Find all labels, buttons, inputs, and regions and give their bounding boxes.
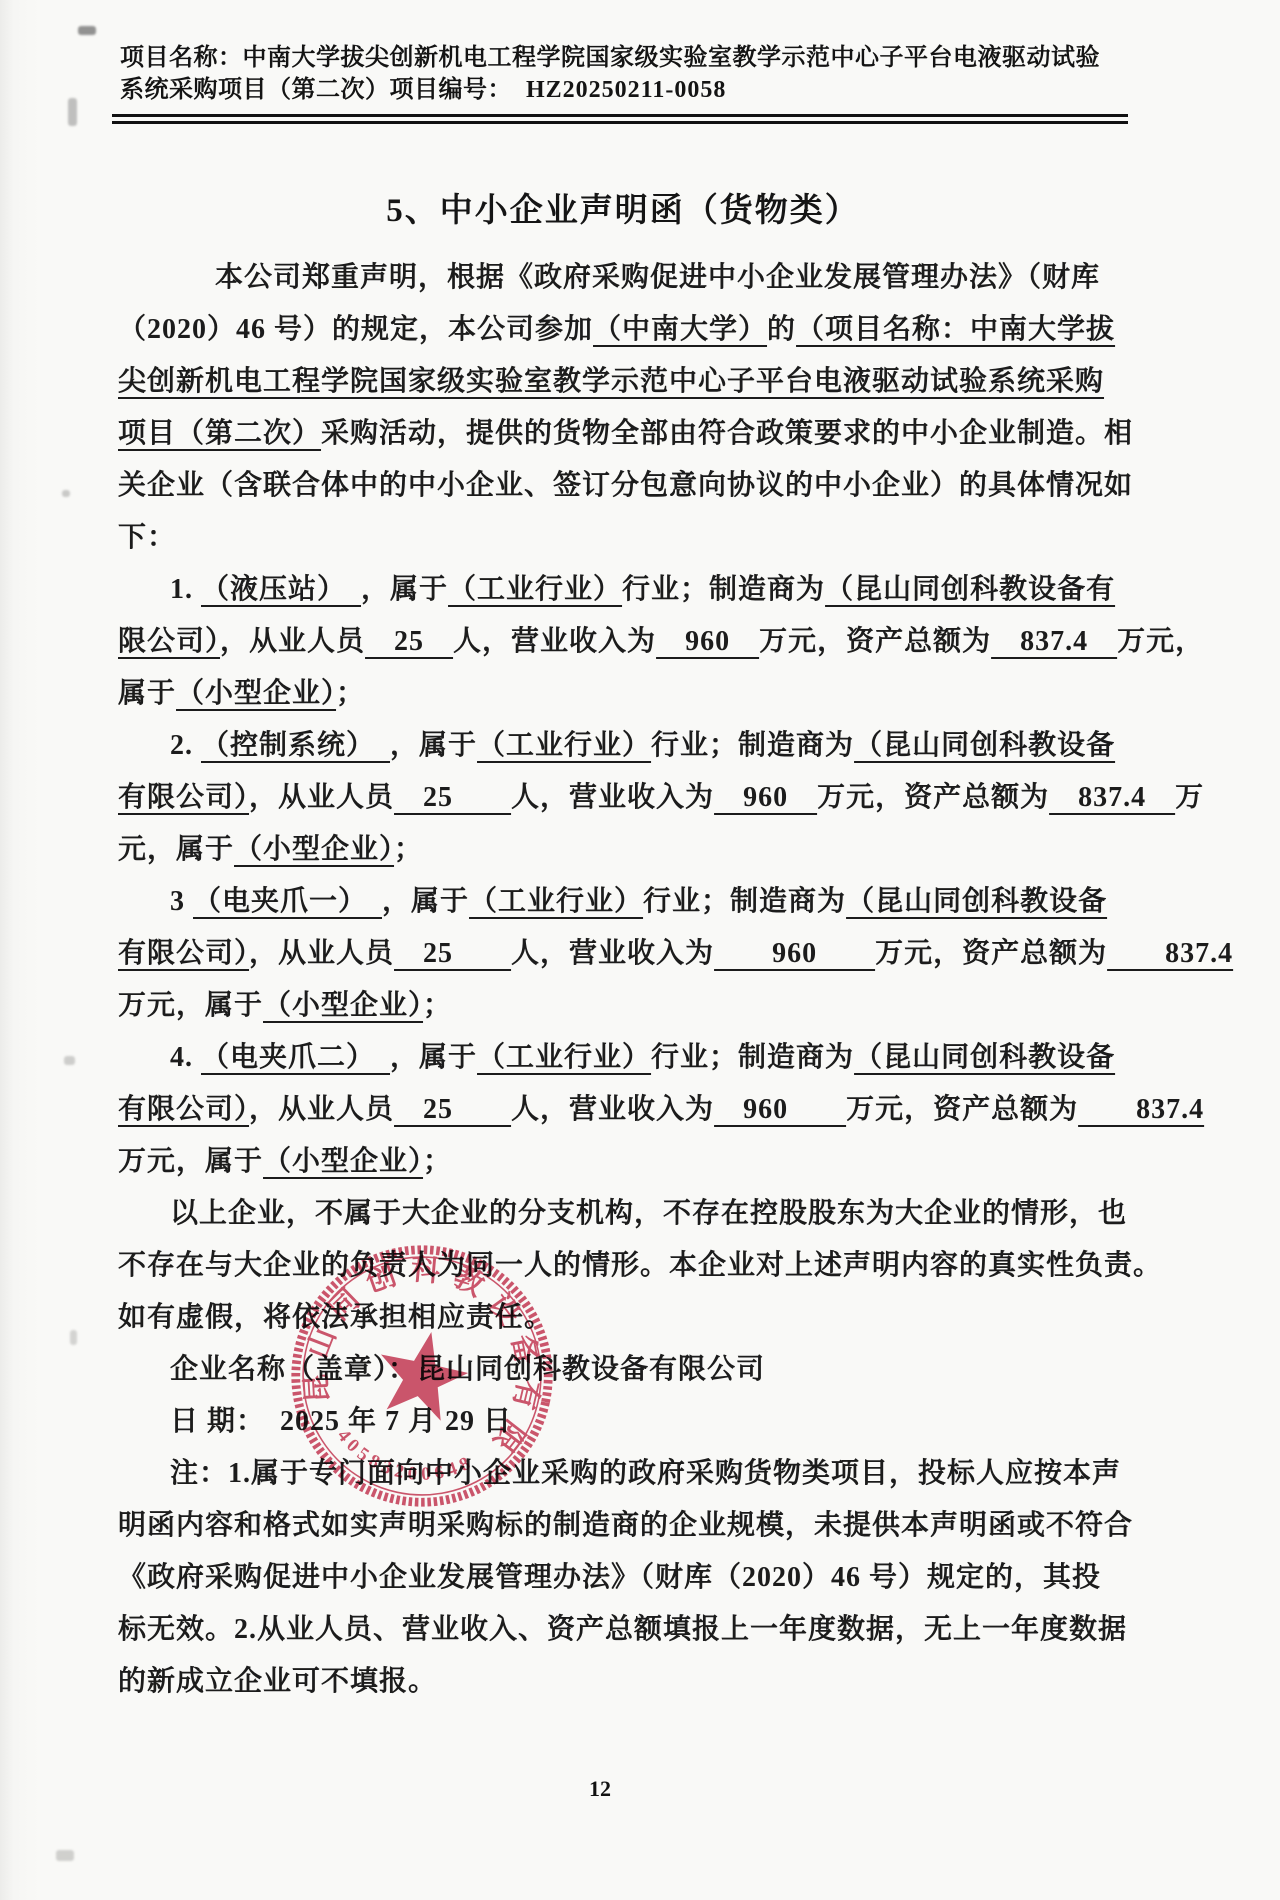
filled-blank-text: （小型企业） — [176, 678, 336, 709]
scan-artifact — [70, 1330, 77, 1345]
company-seal-stamp: 昆山同创科教设备有限公司 40583200648 — [285, 1239, 559, 1513]
filled-blank-text: 项目（第二次） — [118, 418, 321, 449]
filled-blank-text: 25 — [394, 782, 511, 813]
line-text: ； — [394, 834, 423, 865]
document-line: 3 （电夹爪一） ，属于（工业行业）行业；制造商为（昆山同创科教设备 — [118, 876, 1178, 928]
line-text: 行业；制造商为 — [651, 1042, 854, 1073]
scan-artifact — [62, 490, 70, 497]
document-line: 有限公司），从业人员 25 人，营业收入为 960 万元，资产总额为 837.4 — [118, 928, 1178, 980]
line-text: 万元，属于 — [118, 1146, 263, 1177]
filled-blank-text: 25 — [394, 938, 511, 969]
project-name-text: 项目名称：中南大学拔尖创新机电工程学院国家级实验室教学示范中心子平台电液驱动试验 — [120, 45, 1100, 71]
document-line: 标无效。2.从业人员、营业收入、资产总额填报上一年度数据，无上一年度数据 — [118, 1604, 1178, 1656]
line-text: 万元，资产总额为 — [759, 626, 991, 657]
line-text: ，属于 — [361, 574, 448, 605]
document-line: 日 期： 2025 年 7 月 29 日 — [118, 1396, 1178, 1448]
filled-blank-text: 960 — [714, 782, 817, 813]
filled-blank-text: （电夹爪一） — [193, 886, 382, 917]
page-number: 12 — [560, 1776, 640, 1802]
line-text: ； — [423, 1146, 452, 1177]
line-text: 不存在与大企业的负责人为同一人的情形。本企业对上述声明内容的真实性负责。 — [118, 1250, 1162, 1281]
line-text: 采购活动，提供的货物全部由符合政策要求的中小企业制造。相 — [321, 418, 1133, 449]
scan-artifact — [78, 26, 96, 35]
seal-serial-arc: 40583200648 — [327, 1423, 482, 1498]
document-line: 本公司郑重声明，根据《政府采购促进中小企业发展管理办法》（财库 — [118, 252, 1178, 304]
line-text: ，从业人员 — [249, 938, 394, 969]
scan-artifact — [56, 1850, 74, 1861]
document-line: 以上企业，不属于大企业的分支机构，不存在控股股东为大企业的情形，也 — [118, 1188, 1178, 1240]
line-text: （2020）46 号）的规定，本公司参加 — [118, 314, 593, 345]
line-text: 万元， — [1117, 626, 1204, 657]
document-line: 有限公司），从业人员 25 人，营业收入为 960 万元，资产总额为 837.4… — [118, 772, 1178, 824]
filled-blank-text: 有限公司） — [118, 782, 249, 813]
filled-blank-text: （控制系统） — [201, 730, 390, 761]
line-text: ； — [423, 990, 452, 1021]
document-line: 4. （电夹爪二） ，属于（工业行业）行业；制造商为（昆山同创科教设备 — [118, 1032, 1178, 1084]
line-text: 4. — [170, 1042, 201, 1073]
line-text: 1. — [170, 574, 201, 605]
filled-blank-text: 尖创新机电工程学院国家级实验室教学示范中心子平台电液驱动试验系统采购 — [118, 366, 1104, 397]
line-text: 人，营业收入为 — [511, 1094, 714, 1125]
document-line: 不存在与大企业的负责人为同一人的情形。本企业对上述声明内容的真实性负责。 — [118, 1240, 1178, 1292]
line-text: ，从业人员 — [249, 1094, 394, 1125]
line-text: ，从业人员 — [220, 626, 365, 657]
line-text: 行业；制造商为 — [643, 886, 846, 917]
filled-blank-text: （昆山同创科教设备 — [846, 886, 1107, 917]
filled-blank-text: 限公司） — [118, 626, 220, 657]
line-text: 的新成立企业可不填报。 — [118, 1666, 437, 1697]
document-page: 项目名称：中南大学拔尖创新机电工程学院国家级实验室教学示范中心子平台电液驱动试验… — [0, 0, 1280, 1900]
line-text: 人，营业收入为 — [511, 938, 714, 969]
document-line: 注：1.属于专门面向中小企业采购的政府采购货物类项目，投标人应按本声 — [118, 1448, 1178, 1500]
document-header: 项目名称：中南大学拔尖创新机电工程学院国家级实验室教学示范中心子平台电液驱动试验… — [120, 42, 1180, 106]
document-line: 2. （控制系统） ，属于（工业行业）行业；制造商为（昆山同创科教设备 — [118, 720, 1178, 772]
document-line: 属于（小型企业）； — [118, 668, 1178, 720]
header-line-1: 项目名称：中南大学拔尖创新机电工程学院国家级实验室教学示范中心子平台电液驱动试验 — [120, 42, 1180, 74]
filled-blank-text: 960 — [714, 1094, 846, 1125]
filled-blank-text: （工业行业） — [469, 886, 643, 917]
filled-blank-text: （工业行业） — [477, 730, 651, 761]
filled-blank-text: 25 — [394, 1094, 511, 1125]
document-line: 企业名称（盖章）：昆山同创科教设备有限公司 — [118, 1344, 1178, 1396]
document-line: 明函内容和格式如实声明采购标的制造商的企业规模，未提供本声明函或不符合 — [118, 1500, 1178, 1552]
filled-blank-text: （昆山同创科教设备 — [854, 730, 1115, 761]
document-line: 关企业（含联合体中的中小企业、签订分包意向协议的中小企业）的具体情况如 — [118, 460, 1178, 512]
filled-blank-text: （小型企业） — [263, 1146, 423, 1177]
line-text: 3 — [170, 886, 193, 917]
line-text: 关企业（含联合体中的中小企业、签订分包意向协议的中小企业）的具体情况如 — [118, 470, 1133, 501]
filled-blank-text: （昆山同创科教设备 — [854, 1042, 1115, 1073]
line-text: 属于 — [118, 678, 176, 709]
line-text: 《政府采购促进中小企业发展管理办法》（财库（2020）46 号）规定的，其投 — [118, 1562, 1101, 1593]
filled-blank-text: 837.4 — [1078, 1094, 1204, 1125]
document-line: 限公司），从业人员 25 人，营业收入为 960 万元，资产总额为 837.4 … — [118, 616, 1178, 668]
document-line: 尖创新机电工程学院国家级实验室教学示范中心子平台电液驱动试验系统采购 — [118, 356, 1178, 408]
line-text: 万元，属于 — [118, 990, 263, 1021]
seal-star-icon — [370, 1323, 475, 1425]
document-line: 1. （液压站） ，属于（工业行业）行业；制造商为（昆山同创科教设备有 — [118, 564, 1178, 616]
filled-blank-text: （项目名称：中南大学拔 — [796, 314, 1115, 345]
project-number-label: 系统采购项目（第二次）项目编号： — [120, 77, 512, 103]
line-text: 万元，资产总额为 — [875, 938, 1107, 969]
scan-artifact — [68, 98, 77, 126]
document-line: 下： — [118, 512, 1178, 564]
filled-blank-text: （昆山同创科教设备有 — [825, 574, 1115, 605]
document-line: 万元，属于（小型企业）； — [118, 980, 1178, 1032]
filled-blank-text: （电夹爪二） — [201, 1042, 390, 1073]
document-line: 《政府采购促进中小企业发展管理办法》（财库（2020）46 号）规定的，其投 — [118, 1552, 1178, 1604]
filled-blank-text: （工业行业） — [448, 574, 622, 605]
document-line: （2020）46 号）的规定，本公司参加（中南大学）的（项目名称：中南大学拔 — [118, 304, 1178, 356]
filled-blank-text: 有限公司） — [118, 938, 249, 969]
filled-blank-text: （液压站） — [201, 574, 361, 605]
line-text: 万 — [1175, 782, 1204, 813]
line-text: ，从业人员 — [249, 782, 394, 813]
filled-blank-text: 837.4 — [1107, 938, 1233, 969]
document-body: 本公司郑重声明，根据《政府采购促进中小企业发展管理办法》（财库（2020）46 … — [118, 252, 1178, 1708]
project-number-value: HZ20250211-0058 — [512, 77, 726, 103]
line-text: 行业；制造商为 — [651, 730, 854, 761]
line-text: 下： — [118, 522, 176, 553]
header-divider — [112, 114, 1128, 124]
document-line: 项目（第二次）采购活动，提供的货物全部由符合政策要求的中小企业制造。相 — [118, 408, 1178, 460]
document-line: 如有虚假，将依法承担相应责任。 — [118, 1292, 1178, 1344]
filled-blank-text: 837.4 — [1049, 782, 1175, 813]
filled-blank-text: （小型企业） — [234, 834, 394, 865]
line-text: ； — [336, 678, 365, 709]
document-line: 元，属于（小型企业）； — [118, 824, 1178, 876]
line-text: 标无效。2.从业人员、营业收入、资产总额填报上一年度数据，无上一年度数据 — [118, 1614, 1127, 1645]
document-title: 5、中小企业声明函（货物类） — [118, 184, 1128, 231]
line-text: 万元，资产总额为 — [817, 782, 1049, 813]
line-text: 本公司郑重声明，根据《政府采购促进中小企业发展管理办法》（财库 — [215, 262, 1100, 293]
header-line-2: 系统采购项目（第二次）项目编号：HZ20250211-0058 — [120, 74, 1180, 106]
filled-blank-text: 960 — [656, 626, 759, 657]
line-text: 人，营业收入为 — [453, 626, 656, 657]
line-text: 2. — [170, 730, 201, 761]
line-text: 人，营业收入为 — [511, 782, 714, 813]
filled-blank-text: （中南大学） — [593, 314, 767, 345]
document-line: 的新成立企业可不填报。 — [118, 1656, 1178, 1708]
document-line: 有限公司），从业人员 25 人，营业收入为 960 万元，资产总额为 837.4 — [118, 1084, 1178, 1136]
document-line: 万元，属于（小型企业）； — [118, 1136, 1178, 1188]
line-text: 行业；制造商为 — [622, 574, 825, 605]
filled-blank-text: （小型企业） — [263, 990, 423, 1021]
filled-blank-text: 有限公司） — [118, 1094, 249, 1125]
line-text: 的 — [767, 314, 796, 345]
filled-blank-text: 25 — [365, 626, 453, 657]
line-text: 明函内容和格式如实声明采购标的制造商的企业规模，未提供本声明函或不符合 — [118, 1510, 1133, 1541]
line-text: ，属于 — [390, 730, 477, 761]
line-text: 以上企业，不属于大企业的分支机构，不存在控股股东为大企业的情形，也 — [170, 1198, 1127, 1229]
line-text: ，属于 — [390, 1042, 477, 1073]
filled-blank-text: （工业行业） — [477, 1042, 651, 1073]
filled-blank-text: 837.4 — [991, 626, 1117, 657]
scan-artifact — [64, 1056, 75, 1065]
line-text: ，属于 — [382, 886, 469, 917]
line-text: 万元，资产总额为 — [846, 1094, 1078, 1125]
filled-blank-text: 960 — [714, 938, 875, 969]
line-text: 元，属于 — [118, 834, 234, 865]
